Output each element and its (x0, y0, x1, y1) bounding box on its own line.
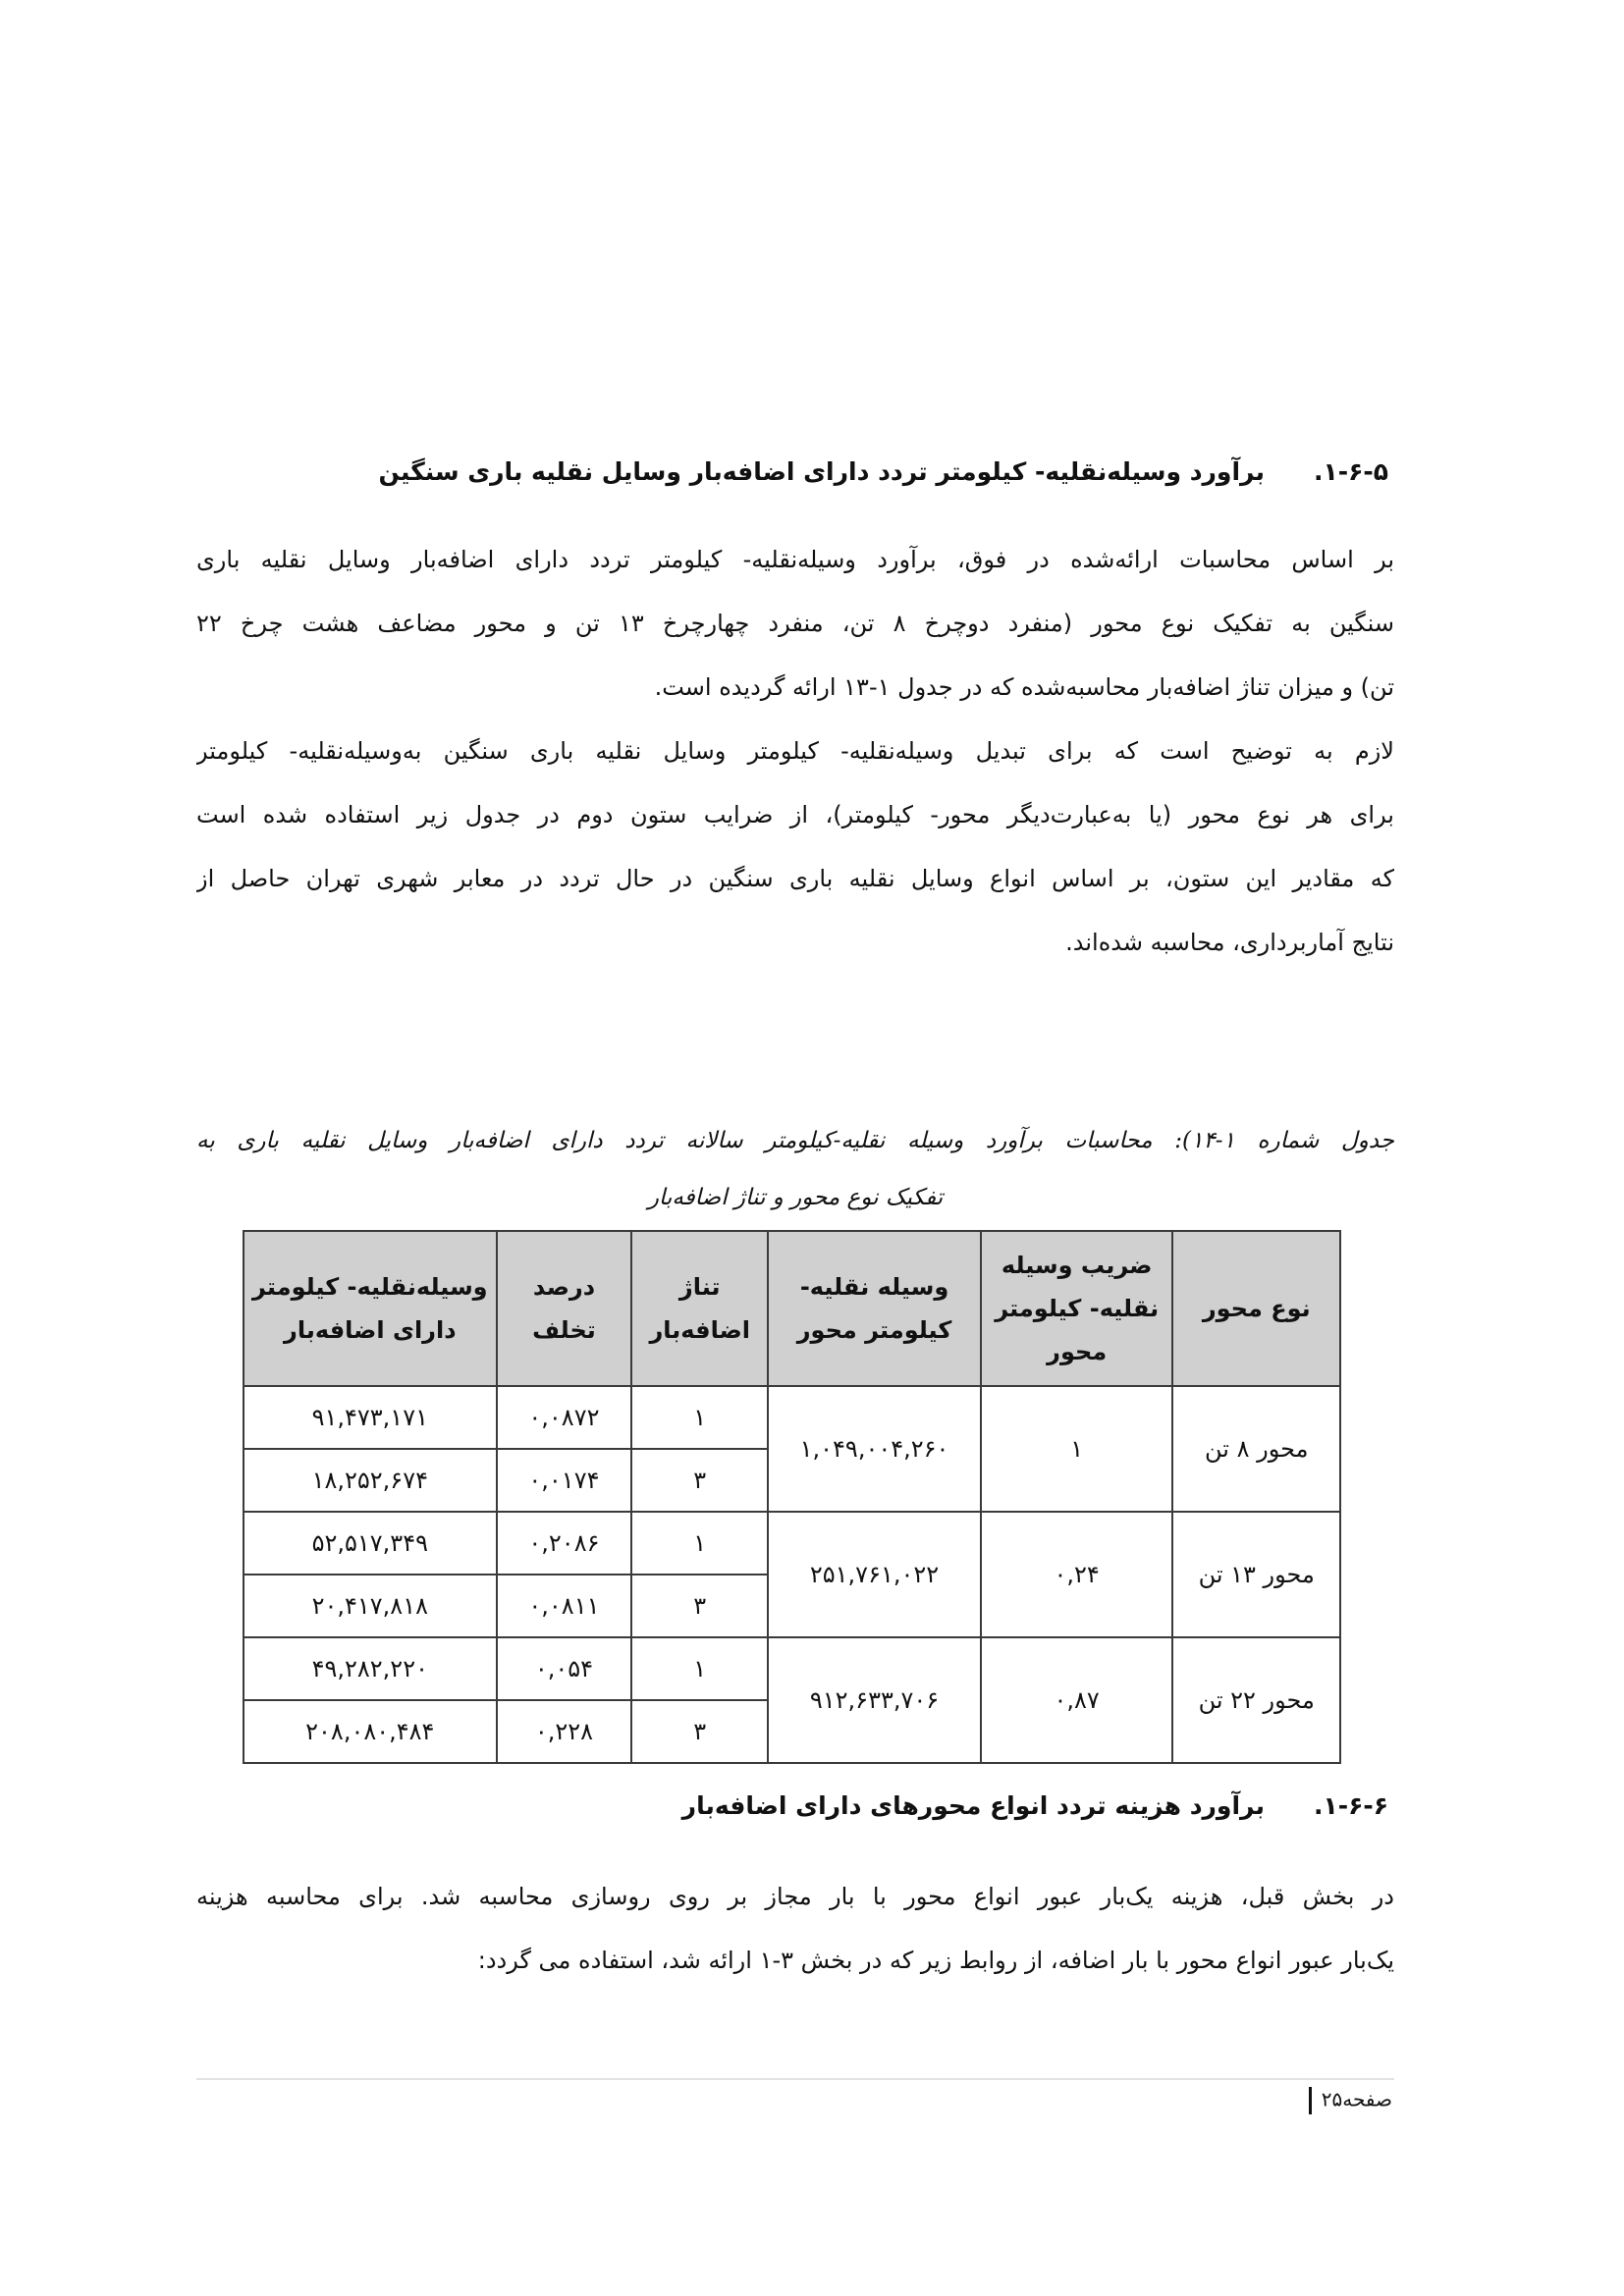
section-heading-1-6-6: ۱-۶-۶.برآورد هزینه تردد انواع محورهای دا… (682, 1791, 1388, 1820)
cell-axle-type: محور ۲۲ تن (1172, 1637, 1340, 1763)
cell-axle-vkm: ۹۱۲,۶۳۳,۷۰۶ (768, 1637, 981, 1763)
cell-axle-type: محور ۸ تن (1172, 1386, 1340, 1512)
caption-line-2: تفکیک نوع محور و تناژ اضافه‌بار (196, 1169, 1394, 1226)
paragraph-line: که مقادیر این ستون، بر اساس انواع وسایل … (196, 847, 1394, 911)
cell-overload-vkm: ۲۰۸,۰۸۰,۴۸۴ (244, 1700, 497, 1763)
cell-violation-pct: ۰,۰۸۷۲ (497, 1386, 632, 1449)
cell-tonnage: ۱ (631, 1637, 768, 1700)
paragraph-1: بر اساس محاسبات ارائه‌شده در فوق، برآورد… (196, 528, 1394, 720)
cell-overload-vkm: ۲۰,۴۱۷,۸۱۸ (244, 1575, 497, 1637)
cell-tonnage: ۳ (631, 1575, 768, 1637)
cell-coefficient: ۰,۸۷ (981, 1637, 1173, 1763)
cell-violation-pct: ۰,۰۵۴ (497, 1637, 632, 1700)
paragraph-line: بر اساس محاسبات ارائه‌شده در فوق، برآورد… (196, 528, 1394, 592)
paragraph-line: لازم به توضیح است که برای تبدیل وسیله‌نق… (196, 720, 1394, 783)
paragraph-line: نتایج آماربرداری، محاسبه شده‌اند. (196, 911, 1394, 975)
table-row: محور ۲۲ تن ۰,۸۷ ۹۱۲,۶۳۳,۷۰۶ ۱ ۰,۰۵۴ ۴۹,۲… (244, 1637, 1340, 1700)
document-page: ۱-۶-۵.برآورد وسیله‌نقلیه- کیلومتر تردد د… (0, 0, 1624, 2296)
overload-vkm-table: نوع محور ضریب وسیله نقلیه- کیلومتر محور … (243, 1230, 1341, 1764)
cell-violation-pct: ۰,۲۰۸۶ (497, 1512, 632, 1575)
cell-overload-vkm: ۱۸,۲۵۲,۶۷۴ (244, 1449, 497, 1512)
header-axle-type: نوع محور (1172, 1231, 1340, 1386)
cell-axle-vkm: ۱,۰۴۹,۰۰۴,۲۶۰ (768, 1386, 981, 1512)
cell-axle-vkm: ۲۵۱,۷۶۱,۰۲۲ (768, 1512, 981, 1637)
paragraph-line: یک‌بار عبور انواع محور با بار اضافه، از … (196, 1929, 1394, 1993)
footer-divider (196, 2078, 1394, 2080)
header-overload-vkm: وسیله‌نقلیه- کیلومتر دارای اضافه‌بار (244, 1231, 497, 1386)
section-title: برآورد وسیله‌نقلیه- کیلومتر تردد دارای ا… (379, 457, 1265, 486)
header-coefficient: ضریب وسیله نقلیه- کیلومتر محور (981, 1231, 1173, 1386)
cell-axle-type: محور ۱۳ تن (1172, 1512, 1340, 1637)
page-number-separator (1309, 2087, 1312, 2114)
paragraph-line: سنگین به تفکیک نوع محور (منفرد دوچرخ ۸ ت… (196, 592, 1394, 656)
cell-overload-vkm: ۵۲,۵۱۷,۳۴۹ (244, 1512, 497, 1575)
cell-overload-vkm: ۹۱,۴۷۳,۱۷۱ (244, 1386, 497, 1449)
paragraph-line: تن) و میزان تناژ اضافه‌بار محاسبه‌شده که… (196, 656, 1394, 720)
header-overload-tonnage: تناژ اضافه‌بار (631, 1231, 768, 1386)
cell-violation-pct: ۰,۰۸۱۱ (497, 1575, 632, 1637)
header-violation-percent: درصد تخلف (497, 1231, 632, 1386)
cell-violation-pct: ۰,۰۱۷۴ (497, 1449, 632, 1512)
paragraph-2: لازم به توضیح است که برای تبدیل وسیله‌نق… (196, 720, 1394, 975)
page-number: صفحه۲۵ (1309, 2087, 1392, 2114)
table-row: محور ۸ تن ۱ ۱,۰۴۹,۰۰۴,۲۶۰ ۱ ۰,۰۸۷۲ ۹۱,۴۷… (244, 1386, 1340, 1449)
page-number-label: صفحه۲۵ (1322, 2088, 1392, 2111)
section-number: ۱-۶-۵. (1314, 457, 1388, 486)
cell-tonnage: ۳ (631, 1449, 768, 1512)
cell-violation-pct: ۰,۲۲۸ (497, 1700, 632, 1763)
section-title: برآورد هزینه تردد انواع محورهای دارای اض… (682, 1791, 1265, 1820)
table-caption: جدول شماره ۱-۱۴): محاسبات برآورد وسیله ن… (196, 1112, 1394, 1226)
section-number: ۱-۶-۶. (1314, 1791, 1388, 1820)
header-axle-vkm: وسیله نقلیه- کیلومتر محور (768, 1231, 981, 1386)
paragraph-line: برای هر نوع محور (یا به‌عبارت‌دیگر محور-… (196, 783, 1394, 847)
cell-tonnage: ۱ (631, 1512, 768, 1575)
caption-line-1: جدول شماره ۱-۱۴): محاسبات برآورد وسیله ن… (196, 1112, 1394, 1169)
cell-coefficient: ۰,۲۴ (981, 1512, 1173, 1637)
section-heading-1-6-5: ۱-۶-۵.برآورد وسیله‌نقلیه- کیلومتر تردد د… (379, 457, 1388, 486)
cell-overload-vkm: ۴۹,۲۸۲,۲۲۰ (244, 1637, 497, 1700)
cell-coefficient: ۱ (981, 1386, 1173, 1512)
cell-tonnage: ۱ (631, 1386, 768, 1449)
table-header-row: نوع محور ضریب وسیله نقلیه- کیلومتر محور … (244, 1231, 1340, 1386)
paragraph-line: در بخش قبل، هزینه یک‌بار عبور انواع محور… (196, 1865, 1394, 1929)
table-row: محور ۱۳ تن ۰,۲۴ ۲۵۱,۷۶۱,۰۲۲ ۱ ۰,۲۰۸۶ ۵۲,… (244, 1512, 1340, 1575)
cell-tonnage: ۳ (631, 1700, 768, 1763)
paragraph-3: در بخش قبل، هزینه یک‌بار عبور انواع محور… (196, 1865, 1394, 1993)
